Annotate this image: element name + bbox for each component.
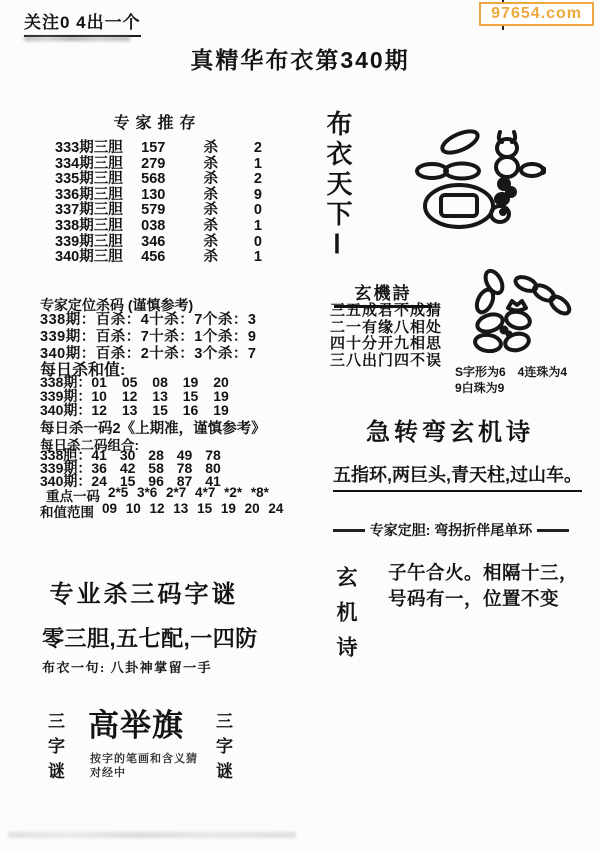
three-riddle-right-label: 三字谜 bbox=[210, 712, 235, 787]
three-riddle-left-label: 三字谜 bbox=[42, 712, 67, 787]
mystic-poem-line: 三五成君不成猜 bbox=[330, 303, 442, 320]
kill-label: 杀 bbox=[204, 157, 230, 173]
kill-value: 1 bbox=[248, 157, 262, 173]
blurred-ghost-line bbox=[24, 36, 130, 41]
row-code: 579 bbox=[141, 203, 185, 219]
row-code: 130 bbox=[141, 188, 185, 204]
row-code: 038 bbox=[141, 219, 185, 235]
table-row: 337期三胆579杀0 bbox=[55, 203, 262, 219]
expert-dan-text: 专家定胆: 弯拐折伴尾单环 bbox=[370, 520, 533, 540]
row-code: 456 bbox=[141, 250, 185, 266]
row-period: 339期三胆 bbox=[55, 235, 123, 251]
kill-value: 0 bbox=[248, 235, 262, 251]
buyi-tianxia-vertical-title: 布衣天下Ⅰ bbox=[320, 110, 357, 264]
position-kill-line: 339期：百杀：7十杀：1个杀：9 bbox=[40, 329, 256, 346]
kill-label: 杀 bbox=[204, 203, 230, 219]
mystic-poem-line: 三八出门四不误 bbox=[330, 353, 442, 370]
position-kill-line: 338期：百杀：4十杀：7个杀：3 bbox=[40, 312, 256, 329]
table-row: 334期三胆279杀1 bbox=[55, 157, 262, 173]
position-kill-lines: 338期：百杀：4十杀：7个杀：3 339期：百杀：7十杀：1个杀：9 340期… bbox=[40, 312, 256, 363]
row-period: 335期三胆 bbox=[55, 172, 123, 188]
mystic-poem-lines: 三五成君不成猜 二一有缘八相处 四十分开九相思 三八出门四不误 bbox=[330, 303, 442, 369]
xuanji-text-line: 子午合火。相隔十三， bbox=[388, 560, 578, 586]
three-riddle-answer: 高举旗 bbox=[88, 700, 184, 745]
watermark-link[interactable]: 97654.com bbox=[479, 2, 594, 26]
xuanji-vertical-label: 玄机诗 bbox=[330, 566, 360, 671]
chain-doodle-drawing bbox=[460, 268, 574, 362]
table-row: 339期三胆346杀0 bbox=[55, 235, 262, 251]
kill-label: 杀 bbox=[204, 250, 230, 266]
expert-recommend-table: 333期三胆157杀2 334期三胆279杀1 335期三胆568杀2 336期… bbox=[55, 141, 262, 266]
ghost-smudge bbox=[8, 832, 296, 838]
left-rule bbox=[333, 529, 365, 532]
chain-caption-2: 9白珠为9 bbox=[455, 379, 504, 396]
xuanji-text-line: 号码有一，位置不变 bbox=[388, 586, 578, 612]
row-code: 568 bbox=[141, 172, 185, 188]
daily-kill-sum-rows: 338期：01 05 08 19 20 339期：10 12 13 15 19 … bbox=[40, 376, 229, 417]
sum-range-label: 和值范围 bbox=[40, 501, 94, 521]
kill-value: 9 bbox=[248, 188, 262, 204]
kill-value: 0 bbox=[248, 203, 262, 219]
header-note: 关注0 4出一个 bbox=[24, 8, 141, 37]
row-code: 346 bbox=[141, 235, 185, 251]
kill-value: 2 bbox=[248, 172, 262, 188]
riddle-heading: 专业杀三码字谜 bbox=[38, 574, 250, 609]
kill-value: 2 bbox=[248, 141, 262, 157]
expert-recommend-heading: 专家推存 bbox=[55, 110, 260, 133]
buyi-sentence: 布衣一句: 八卦神掌留一手 bbox=[42, 657, 212, 676]
table-row: 338期三胆038杀1 bbox=[55, 219, 262, 235]
mystic-poem-line: 二一有缘八相处 bbox=[330, 320, 442, 337]
kill-label: 杀 bbox=[204, 141, 230, 157]
right-rule bbox=[537, 529, 569, 532]
daily-kill-two-rows: 338胆：41 30 28 49 78 339期：36 42 58 78 80 … bbox=[40, 449, 221, 488]
coin-doodle-drawing bbox=[410, 126, 546, 236]
mystic-poem-line: 四十分开九相思 bbox=[330, 336, 442, 353]
row-period: 337期三胆 bbox=[55, 203, 123, 219]
table-row: 335期三胆568杀2 bbox=[55, 172, 262, 188]
expert-dan-line: 专家定胆: 弯拐折伴尾单环 bbox=[328, 520, 574, 540]
sum-range-line: 和值范围 09 10 12 13 15 19 20 24 bbox=[40, 501, 283, 521]
sharp-turn-line: 五指环,两巨头,青天柱,过山车。 bbox=[333, 461, 582, 492]
kill-label: 杀 bbox=[204, 219, 230, 235]
three-riddle-note: 按字的笔画和含义猜 对经中 bbox=[90, 752, 198, 780]
kill-value: 1 bbox=[248, 219, 262, 235]
page-title: 真精华布衣第340期 bbox=[0, 42, 600, 75]
riddle-line: 零三胆,五七配,一四防 bbox=[42, 622, 258, 653]
xuanji-text: 子午合火。相隔十三， 号码有一，位置不变 bbox=[388, 560, 578, 612]
kill-label: 杀 bbox=[204, 172, 230, 188]
row-period: 334期三胆 bbox=[55, 157, 123, 173]
kill-value: 1 bbox=[248, 250, 262, 266]
table-row: 340期三胆456杀1 bbox=[55, 250, 262, 266]
sharp-turn-heading: 急转弯玄机诗 bbox=[330, 412, 570, 447]
tip-sheet-page: 关注0 4出一个 97654.com 真精华布衣第340期 专家推存 333期三… bbox=[0, 0, 600, 852]
three-riddle-note-line: 对经中 bbox=[90, 766, 198, 780]
row-period: 333期三胆 bbox=[55, 141, 123, 157]
row-code: 157 bbox=[141, 141, 185, 157]
row-code: 279 bbox=[141, 157, 185, 173]
table-row: 333期三胆157杀2 bbox=[55, 141, 262, 157]
kill-label: 杀 bbox=[204, 235, 230, 251]
row-period: 340期三胆 bbox=[55, 250, 123, 266]
row-period: 338期三胆 bbox=[55, 219, 123, 235]
chain-caption-1: S字形为6 4连珠为4 bbox=[455, 363, 567, 380]
daily-kill-sum-row: 340期：12 13 15 16 19 bbox=[40, 404, 229, 418]
three-riddle-note-line: 按字的笔画和含义猜 bbox=[90, 752, 198, 766]
sum-range-values: 09 10 12 13 15 19 20 24 bbox=[102, 501, 283, 521]
